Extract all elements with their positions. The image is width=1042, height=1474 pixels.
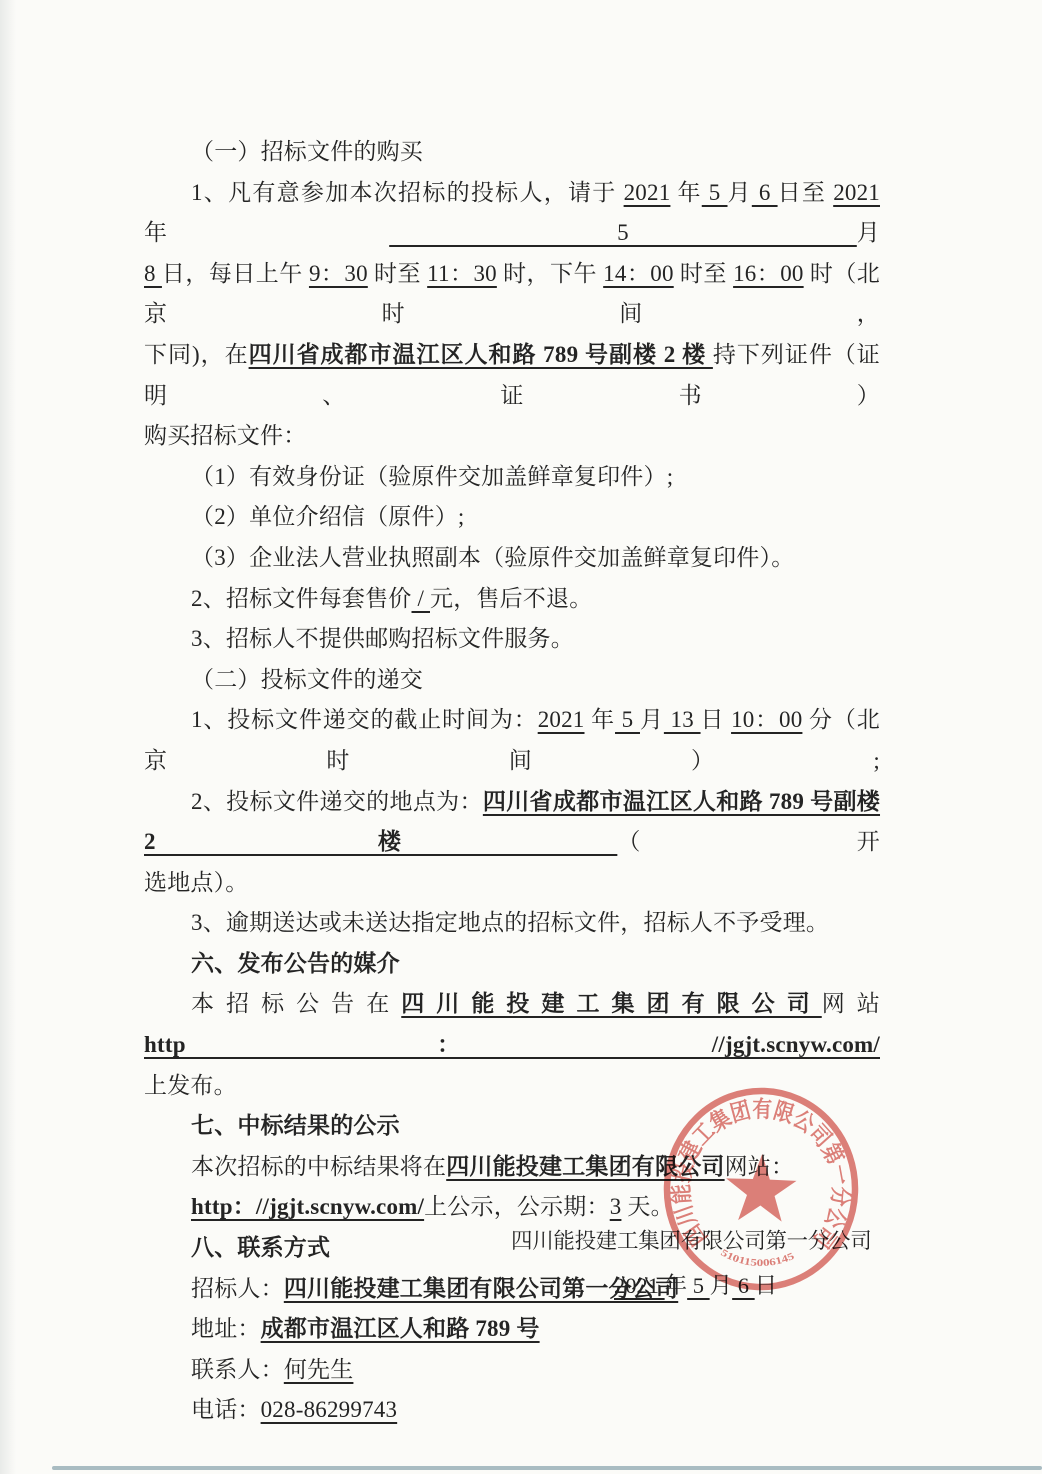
text-segment: 5 <box>702 180 728 205</box>
text-segment: 八、联系方式 <box>191 1235 330 1260</box>
document-line: 1、凡有意参加本次招标的投标人，请于 2021 年 5 月 6 日至 2021 … <box>144 173 880 254</box>
text-segment: 成都市温江区人和路 789 号 <box>261 1316 540 1341</box>
text-segment: 2021 <box>833 180 880 205</box>
text-segment: 六、发布公告的媒介 <box>191 951 400 976</box>
text-segment: 8 <box>144 261 162 286</box>
text-segment: 11：30 <box>427 261 497 286</box>
text-segment: 年 <box>670 180 701 205</box>
text-segment: 时至 <box>368 261 427 286</box>
official-seal-stamp: 四川能投建工集团有限公司第一分公司 510115006145 <box>656 1082 865 1297</box>
text-segment: 本次招标的中标结果将在 <box>191 1154 446 1179</box>
text-segment: http：//jgjt.scnyw.com/ <box>144 1032 880 1057</box>
text-segment: 上公示，公示期： <box>424 1194 610 1219</box>
seal-number-text: 510115006145 <box>718 1247 796 1270</box>
text-segment: 2、招标文件每套售价 <box>191 586 412 611</box>
document-line: （二）投标文件的递交 <box>144 660 880 701</box>
text-segment: 年 <box>144 220 389 245</box>
text-segment: 16：00 <box>733 261 804 286</box>
text-segment: 时，下午 <box>497 261 603 286</box>
text-segment: 1、凡有意参加本次招标的投标人，请于 <box>191 180 624 205</box>
text-segment: 2021 <box>624 180 671 205</box>
text-segment: 2021 <box>538 707 585 732</box>
document-line: 联系人：何先生 <box>144 1350 880 1391</box>
document-line: 六、发布公告的媒介 <box>144 944 880 985</box>
text-segment: 月 <box>857 220 880 245</box>
document-line: 本招标公告在四川能投建工集团有限公司网站 http：//jgjt.scnyw.c… <box>144 984 880 1065</box>
text-segment: （二）投标文件的递交 <box>191 667 423 692</box>
text-segment: 2、投标文件递交的地点为： <box>191 789 483 814</box>
scan-edge-bottom <box>52 1466 1042 1470</box>
svg-text:510115006145: 510115006145 <box>718 1247 796 1270</box>
text-segment: 日 <box>701 707 732 732</box>
text-segment: 联系人： <box>191 1357 284 1382</box>
text-segment: 10：00 <box>731 707 802 732</box>
text-segment: 14：00 <box>603 261 674 286</box>
text-segment: 电话： <box>191 1397 261 1422</box>
text-segment: 选地点）。 <box>144 870 249 895</box>
document-line: 3、逾期送达或未送达指定地点的招标文件，招标人不予受理。 <box>144 903 880 944</box>
text-segment: 元，售后不退。 <box>430 586 592 611</box>
text-segment: 购买招标文件： <box>144 423 306 448</box>
document-line: （1）有效身份证（验原件交加盖鲜章复印件）; <box>144 457 880 498</box>
text-segment: 何先生 <box>284 1357 354 1382</box>
document-line: （3）企业法人营业执照副本（验原件交加盖鲜章复印件）。 <box>144 538 880 579</box>
text-segment: （2）单位介绍信（原件）; <box>191 504 465 529</box>
text-segment: 地址： <box>191 1316 261 1341</box>
text-segment: 日，每日上午 <box>162 261 309 286</box>
text-segment: 5 <box>389 220 857 245</box>
text-segment: 5 <box>615 707 640 732</box>
text-segment: 下同)，在 <box>144 342 249 367</box>
text-segment: / <box>412 586 431 611</box>
text-segment: （一）招标文件的购买 <box>191 139 423 164</box>
text-segment: 月 <box>640 707 664 732</box>
document-line: 地址：成都市温江区人和路 789 号 <box>144 1309 880 1350</box>
text-segment: 月 <box>728 180 752 205</box>
text-segment: http：//jgjt.scnyw.com/ <box>191 1194 424 1219</box>
text-segment: 上发布。 <box>144 1073 237 1098</box>
document-line: 下同)，在四川省成都市温江区人和路 789 号副楼 2 楼 持下列证件（证明、证… <box>144 335 880 416</box>
text-segment: （3）企业法人营业执照副本（验原件交加盖鲜章复印件）。 <box>191 545 794 570</box>
text-segment: （1）有效身份证（验原件交加盖鲜章复印件）; <box>191 464 673 489</box>
document-line: （一）招标文件的购买 <box>144 132 880 173</box>
text-segment: 13 <box>664 707 701 732</box>
document-line: 电话：028-86299743 <box>144 1390 880 1431</box>
document-line: 1、投标文件递交的截止时间为：2021 年 5 月 13 日 10：00 分（北… <box>144 700 880 781</box>
text-segment: 招标人： <box>191 1276 284 1301</box>
text-segment: 6 <box>752 180 778 205</box>
text-segment: 七、中标结果的公示 <box>191 1113 400 1138</box>
text-segment: 时至 <box>674 261 733 286</box>
scan-edge-left <box>0 0 16 1474</box>
text-segment: 1、投标文件递交的截止时间为： <box>191 707 538 732</box>
seal-star-icon <box>725 1153 798 1222</box>
text-segment: （开 <box>617 829 880 854</box>
document-line: 选地点）。 <box>144 863 880 904</box>
text-segment: 3、逾期送达或未送达指定地点的招标文件，招标人不予受理。 <box>191 910 829 935</box>
text-segment: 9：30 <box>309 261 368 286</box>
document-line: 2、招标文件每套售价 / 元，售后不退。 <box>144 579 880 620</box>
document-line: 2、投标文件递交的地点为：四川省成都市温江区人和路 789 号副楼 2 楼（开 <box>144 782 880 863</box>
text-segment: 028-86299743 <box>261 1397 398 1422</box>
document-line: 3、招标人不提供邮购招标文件服务。 <box>144 619 880 660</box>
document-line: 购买招标文件： <box>144 416 880 457</box>
text-segment: 年 <box>585 707 616 732</box>
text-segment: 3、招标人不提供邮购招标文件服务。 <box>191 626 574 651</box>
text-segment: 网站 <box>822 991 880 1016</box>
document-line: 8 日，每日上午 9：30 时至 11：30 时，下午 14：00 时至 16：… <box>144 254 880 335</box>
text-segment: 四川能投建工集团有限公司 <box>401 991 822 1016</box>
text-segment: 四川省成都市温江区人和路 789 号副楼 2 楼 <box>249 342 713 367</box>
document-line: （2）单位介绍信（原件）; <box>144 497 880 538</box>
text-segment: 3 <box>610 1194 622 1219</box>
document-page: （一）招标文件的购买1、凡有意参加本次招标的投标人，请于 2021 年 5 月 … <box>0 0 1042 1474</box>
text-segment: 本招标公告在 <box>191 991 401 1016</box>
text-segment: 日至 <box>778 180 834 205</box>
